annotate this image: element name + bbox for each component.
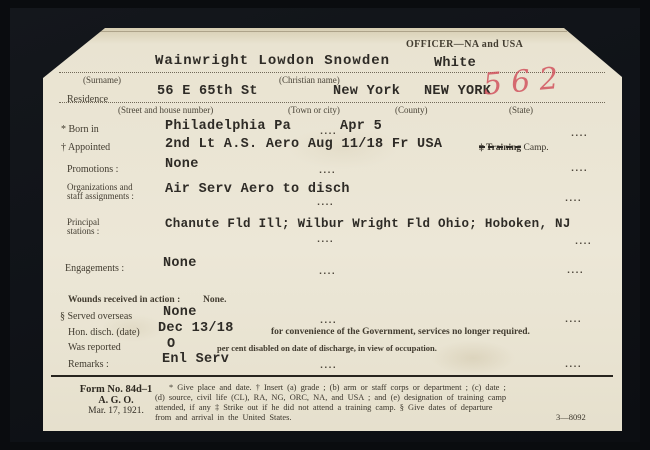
overseas-label: § Served overseas — [60, 311, 132, 322]
ditto-marks: .... — [317, 235, 334, 244]
footnote-line: attended, if any ‡ Strike out if he did … — [155, 403, 621, 413]
handwritten-number: 562 — [482, 60, 569, 102]
ditto-marks: .... — [571, 129, 588, 138]
footnote-line: * Give place and date. † Insert (a) grad… — [155, 383, 621, 393]
training-camp-struck: ‡ Training — [479, 143, 521, 153]
engagements-label: Engagements : — [65, 263, 124, 274]
top-fold-line — [99, 31, 567, 32]
footnote-line: from and arrival in the United States. — [155, 413, 621, 423]
ditto-marks: .... — [320, 127, 337, 136]
footnotes: * Give place and date. † Insert (a) grad… — [155, 383, 621, 423]
ditto-marks: .... — [565, 360, 582, 369]
wounds-label: Wounds received in action : — [68, 295, 180, 305]
wounds-value: None. — [203, 295, 227, 305]
ditto-marks: .... — [319, 166, 336, 175]
footer-rule — [51, 375, 613, 377]
ditto-marks: .... — [319, 267, 336, 276]
organizations-typed: Air Serv Aero to disch — [165, 182, 350, 197]
town-caption: (Town or city) — [288, 105, 340, 115]
officer-class-heading: OFFICER—NA and USA — [406, 39, 523, 50]
engagements-typed: None — [163, 256, 197, 271]
discharge-label: Hon. disch. (date) — [68, 327, 140, 338]
residence-street-typed: 56 E 65th St — [157, 84, 258, 99]
ditto-marks: .... — [320, 316, 337, 325]
remarks-typed: Enl Serv — [162, 352, 229, 367]
residence-rule-dotted — [59, 102, 605, 103]
disability-note: per cent disabled on date of discharge, … — [217, 343, 437, 353]
stations-typed: Chanute Fld Ill; Wilbur Wright Fld Ohio;… — [165, 217, 571, 231]
residence-label: Residence — [67, 94, 108, 105]
christian-name-caption: (Christian name) — [279, 75, 340, 85]
ditto-marks: .... — [317, 198, 334, 207]
training-camp-rest: Camp. — [521, 143, 548, 153]
ditto-marks: .... — [567, 266, 584, 275]
appointed-label: † Appointed — [61, 142, 110, 153]
discharge-note: for convenience of the Government, servi… — [271, 327, 530, 337]
race-typed: White — [434, 56, 476, 71]
residence-town-typed: New York — [333, 84, 400, 99]
born-in-label: * Born in — [61, 124, 99, 135]
ditto-marks: .... — [320, 361, 337, 370]
state-caption: (State) — [509, 105, 533, 115]
overseas-typed: None — [163, 305, 197, 320]
stations-label-line2: stations : — [67, 226, 99, 236]
service-record-card: OFFICER—NA and USA Wainwright Lowdon Sno… — [43, 28, 622, 431]
organizations-label-line2: staff assignments : — [67, 191, 134, 201]
remarks-label: Remarks : — [68, 359, 109, 370]
born-date-typed: Apr 5 — [340, 119, 382, 134]
footnote-line: (d) source, civil life (CL), RA, NG, ORC… — [155, 393, 621, 403]
born-place-typed: Philadelphia Pa — [165, 119, 291, 134]
disability-percent-typed: O — [167, 337, 175, 352]
appointed-typed: 2nd Lt A.S. Aero Aug 11/18 Fr USA — [165, 137, 442, 152]
ditto-marks: .... — [571, 164, 588, 173]
county-caption: (County) — [395, 105, 428, 115]
street-caption: (Street and house number) — [118, 105, 213, 115]
residence-state-typed: NEW YORK — [424, 84, 491, 99]
print-code: 3—8092 — [556, 412, 586, 422]
surname-caption: (Surname) — [83, 75, 121, 85]
ditto-marks: .... — [565, 194, 582, 203]
promotions-label: Promotions : — [67, 164, 118, 175]
discharge-date-typed: Dec 13/18 — [158, 321, 234, 336]
ditto-marks: .... — [575, 237, 592, 246]
name-typed: Wainwright Lowdon Snowden — [155, 53, 390, 69]
promotions-typed: None — [165, 157, 199, 172]
training-camp-note: ‡ Training Camp. — [479, 143, 549, 153]
disability-label: Was reported — [68, 342, 121, 353]
ditto-marks: .... — [565, 315, 582, 324]
